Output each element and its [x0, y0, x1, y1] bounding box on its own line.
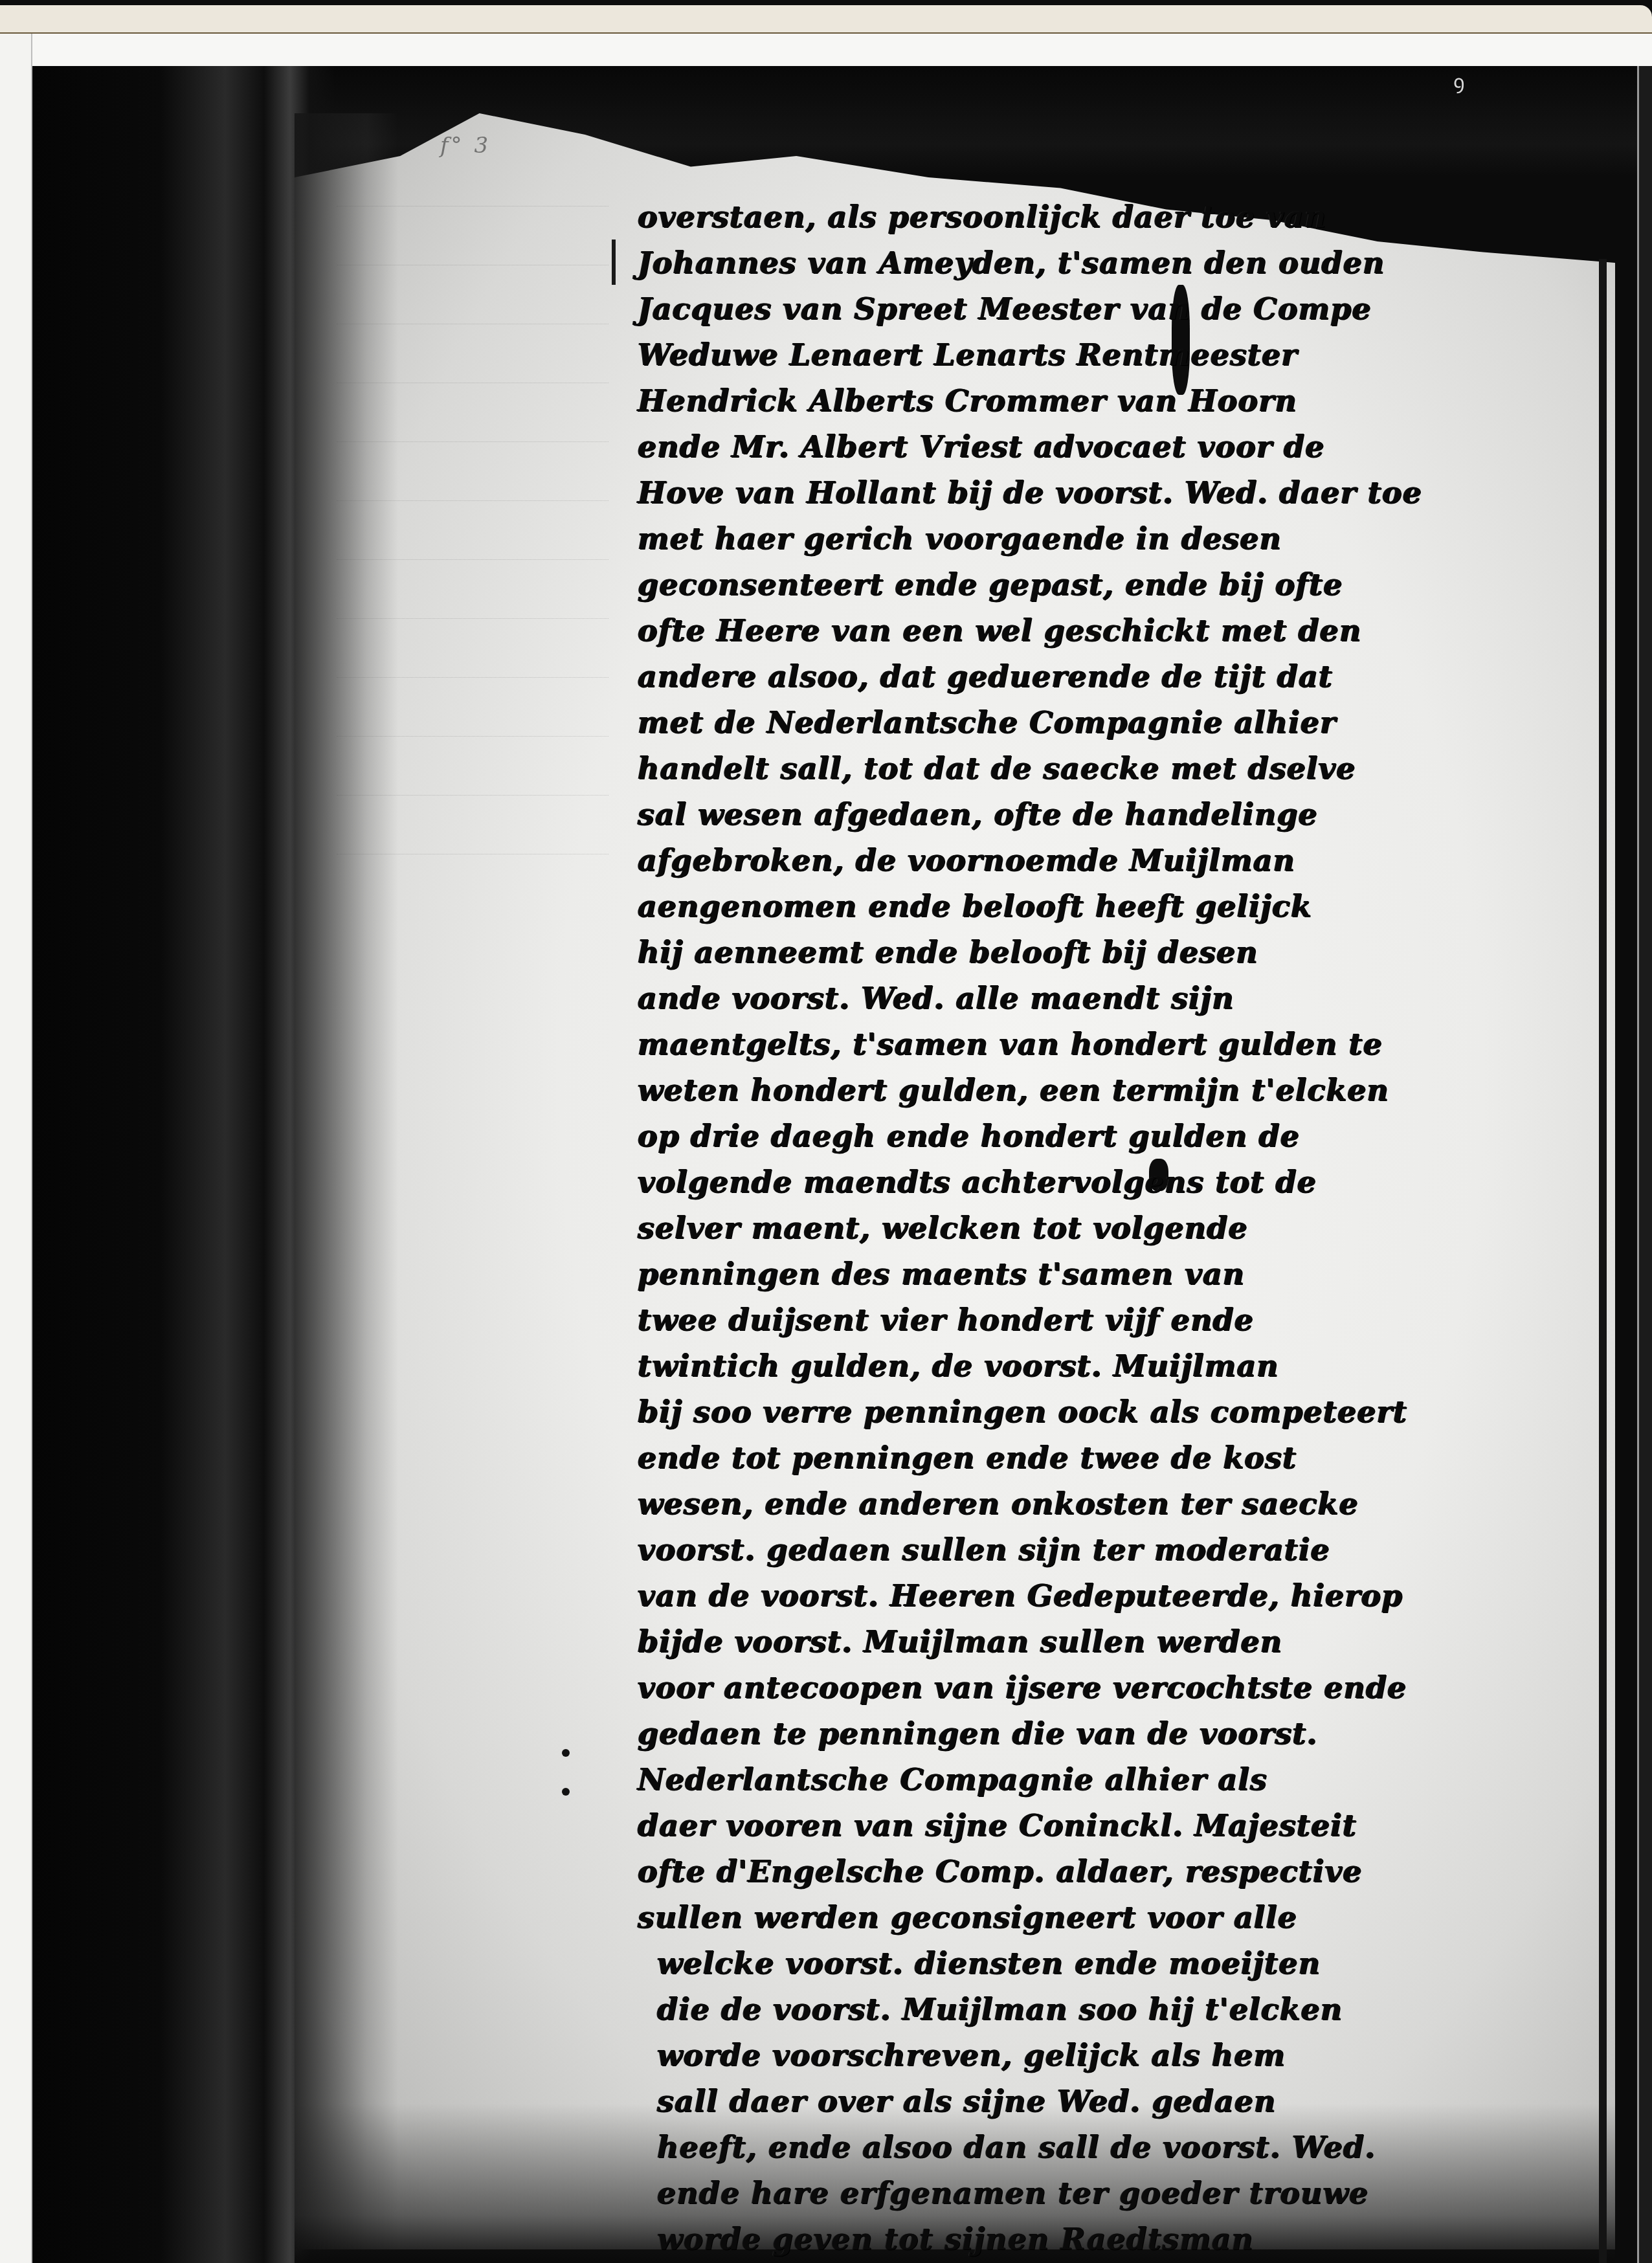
text-line: afgebroken, de voornoemde Muijlman: [631, 838, 1599, 884]
text-line: handelt sall, tot dat de saecke met dsel…: [631, 746, 1599, 792]
text-line: maentgelts, t'samen van hondert gulden t…: [631, 1021, 1599, 1067]
bleed-through-line: [337, 698, 608, 737]
text-line: ofte d'Engelsche Comp. aldaer, respectiv…: [631, 1849, 1599, 1895]
bleed-through-line: [337, 640, 608, 678]
text-line: Jacques van Spreet Meester van de Compe: [631, 286, 1599, 332]
text-line: wesen, ende anderen onkosten ter saecke: [631, 1481, 1599, 1527]
text-line: overstaen, als persoonlijck daer toe van: [631, 194, 1599, 240]
text-line: ende hare erfgenamen ter goeder trouwe: [631, 2170, 1599, 2216]
bleed-through-line: [337, 816, 608, 854]
text-line: Nederlantsche Compagnie alhier als: [631, 1757, 1599, 1803]
handwritten-text-block: overstaen, als persoonlijck daer toe van…: [631, 194, 1599, 2262]
text-line: gedaen te penningen die van de voorst.: [631, 1711, 1599, 1757]
text-line: ofte Heere van een wel geschickt met den: [631, 608, 1599, 654]
text-line: Hove van Hollant bij de voorst. Wed. dae…: [631, 470, 1599, 516]
text-line: penningen des maents t'samen van: [631, 1251, 1599, 1297]
leaf-right-edge-line: [1599, 259, 1607, 2263]
text-line: welcke voorst. diensten ende moeijten: [631, 1941, 1599, 1987]
margin-dot: [562, 1749, 570, 1757]
bleed-through-text: [337, 168, 608, 875]
text-line: worde voorschreven, gelijck als hem: [631, 2033, 1599, 2079]
text-line: sullen werden geconsigneert voor alle: [631, 1895, 1599, 1941]
text-line: van de voorst. Heeren Gedeputeerde, hier…: [631, 1573, 1599, 1619]
text-line: weten hondert gulden, een termijn t'elck…: [631, 1067, 1599, 1113]
text-line: selver maent, welcken tot volgende: [631, 1205, 1599, 1251]
scanner-paper-strip: [3, 34, 1652, 66]
text-line: voor antecoopen van ijsere vercochtste e…: [631, 1665, 1599, 1711]
scanner-top-strip: [0, 5, 1652, 34]
margin-dot: [562, 1788, 570, 1796]
bleed-through-line: [337, 757, 608, 796]
text-line: met haer gerich voorgaende in desen: [631, 516, 1599, 562]
corner-mark: ꝯ: [1453, 68, 1465, 95]
text-line: die de voorst. Muijlman soo hij t'elcken: [631, 1987, 1599, 2033]
text-line: Johannes van Ameyden, t'samen den ouden: [631, 240, 1599, 286]
text-line: Weduwe Lenaert Lenarts Rentmeester: [631, 332, 1599, 378]
text-line: bijde voorst. Muijlman sullen werden: [631, 1619, 1599, 1665]
bleed-through-line: [337, 581, 608, 619]
bleed-through-line: [337, 345, 608, 383]
text-line: hij aenneemt ende belooft bij desen: [631, 930, 1599, 975]
bleed-through-line: [337, 404, 608, 442]
text-line: ande voorst. Wed. alle maendt sijn: [631, 975, 1599, 1021]
text-line: twee duijsent vier hondert vijf ende: [631, 1297, 1599, 1343]
bleed-through-line: [337, 227, 608, 265]
text-line: geconsenteert ende gepast, ende bij ofte: [631, 562, 1599, 608]
bleed-through-line: [337, 286, 608, 324]
text-line: andere alsoo, dat geduerende de tijt dat: [631, 654, 1599, 700]
scanner-right-edge: [1637, 66, 1652, 2263]
text-line: sall daer over als sijne Wed. gedaen: [631, 2079, 1599, 2124]
text-line: met de Nederlantsche Compagnie alhier: [631, 700, 1599, 746]
text-line: heeft, ende alsoo dan sall de voorst. We…: [631, 2124, 1599, 2170]
text-line: volgende maendts achtervolgens tot de: [631, 1159, 1599, 1205]
bleed-through-line: [337, 168, 608, 206]
text-line: ende tot penningen ende twee de kost: [631, 1435, 1599, 1481]
scanner-left-strip: [0, 34, 32, 2263]
text-line: worde geven tot sijnen Raedtsman: [631, 2216, 1599, 2262]
text-line: Hendrick Alberts Crommer van Hoorn: [631, 378, 1599, 424]
text-line: sal wesen afgedaen, ofte de handelinge: [631, 792, 1599, 838]
text-line: ende Mr. Albert Vriest advocaet voor de: [631, 424, 1599, 470]
text-line: voorst. gedaen sullen sijn ter moderatie: [631, 1527, 1599, 1573]
text-line: bij soo verre penningen oock als compete…: [631, 1389, 1599, 1435]
text-line: aengenomen ende belooft heeft gelijck: [631, 884, 1599, 930]
text-line: twintich gulden, de voorst. Muijlman: [631, 1343, 1599, 1389]
margin-stroke-mark: [612, 240, 616, 285]
folio-mark: f° 3: [440, 133, 491, 159]
bleed-through-line: [337, 522, 608, 560]
bleed-through-line: [337, 463, 608, 501]
text-line: daer vooren van sijne Coninckl. Majestei…: [631, 1803, 1599, 1849]
text-line: op drie daegh ende hondert gulden de: [631, 1113, 1599, 1159]
